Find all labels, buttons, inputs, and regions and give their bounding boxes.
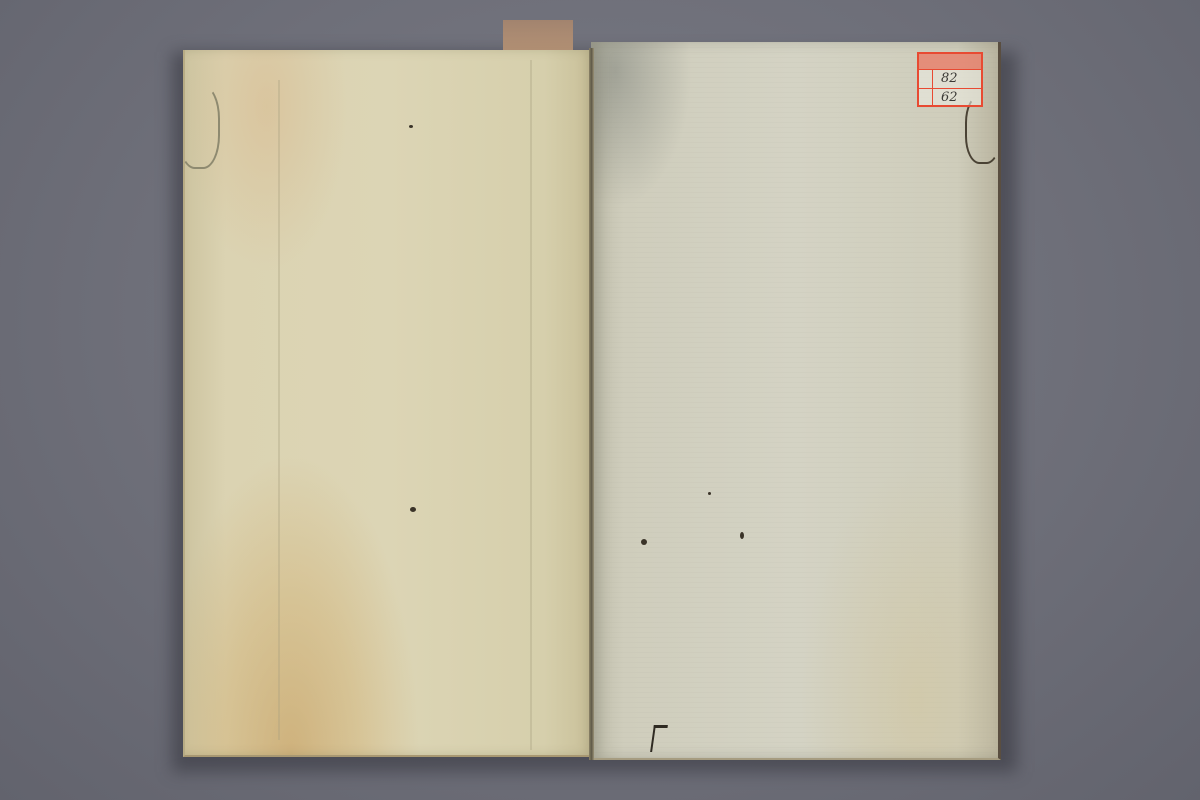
library-stamp: 82 62	[917, 52, 983, 107]
page-crease	[530, 60, 532, 750]
stamp-header	[919, 54, 981, 70]
stamp-value-2: 62	[933, 89, 981, 107]
speck	[410, 507, 416, 512]
binding-thread	[178, 85, 220, 169]
right-page	[591, 42, 1001, 760]
stamp-value-1: 82	[933, 70, 981, 89]
stamp-label	[919, 70, 933, 89]
speck	[740, 532, 744, 539]
speck	[409, 125, 413, 128]
speck	[708, 492, 711, 495]
stamp-label	[919, 89, 933, 107]
speck	[641, 539, 647, 545]
book-gutter	[589, 48, 594, 760]
page-crease	[278, 80, 280, 740]
